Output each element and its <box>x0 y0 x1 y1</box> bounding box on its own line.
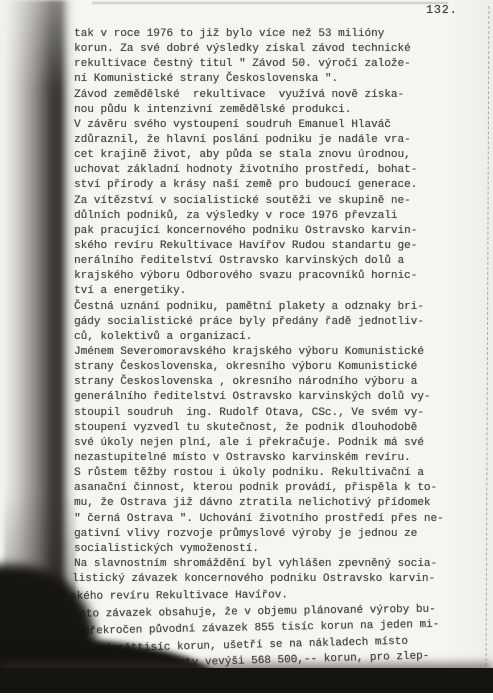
text-line: své úkoly nejen plní, ale i překračuje. … <box>74 436 474 451</box>
page-number: 132. <box>426 4 458 17</box>
text-line: cet krajině život, aby půda se stala zno… <box>74 148 474 163</box>
scan-top-edge-smudge <box>92 2 448 4</box>
text-line: S růstem těžby rostou i úkoly podniku. R… <box>74 466 474 481</box>
text-line: strany Československa , okresního národn… <box>74 375 474 390</box>
text-line: gády socialistické práce byly předány řa… <box>74 315 474 330</box>
text-line: tví a energetiky. <box>74 284 474 299</box>
text-line: Za vítězství v socialistické soutěži ve … <box>74 194 474 209</box>
text-line: nerálního ředitelství Ostravsko karvinsk… <box>74 254 474 269</box>
scan-bottom-margin <box>0 693 493 700</box>
text-line: korun. Za své dobré výsledky získal závo… <box>74 42 474 57</box>
text-line: ského revíru Rekultivace Havířov Rudou s… <box>74 239 474 254</box>
text-line: Jménem Severomoravského krajského výboru… <box>74 345 474 360</box>
text-line: pak pracující koncernového podniku Ostra… <box>74 224 474 239</box>
text-line: listický závazek koncernového podniku Os… <box>72 572 474 587</box>
scanned-document-page: 132. tak v roce 1976 to již bylo více ne… <box>0 0 493 700</box>
text-line: zdůraznil, že hlavní poslání podniku je … <box>74 133 474 148</box>
text-line: tak v roce 1976 to již bylo více než 53 … <box>74 27 474 42</box>
text-line: ství přírody a krásy naší země pro budou… <box>74 178 474 193</box>
text-line: gativní vlivy rozvoje průmyslové výroby … <box>74 527 474 542</box>
text-line: ní Komunistické strany Československa ". <box>74 72 474 87</box>
text-line: strany Československa, okresního výboru … <box>74 360 474 375</box>
text-line: rekultivace čestný titul " Závod 50. výr… <box>74 57 474 72</box>
text-line: V závěru svého vystoupení soudruh Emanue… <box>74 118 474 133</box>
text-line: Závod zemědělské rekultivace využívá nov… <box>74 88 474 103</box>
text-line: socialistických vymožeností. <box>74 542 474 557</box>
text-line: mu, že Ostrava již dávno ztratila nelich… <box>74 496 474 511</box>
text-line: Čestná uznání podniku, pamětní plakety a… <box>74 300 474 315</box>
text-line: asanační činnost, kterou podnik provádí,… <box>74 481 474 496</box>
text-line: krajského výboru Odborového svazu pracov… <box>74 269 474 284</box>
text-line: generálního ředitelství Ostravsko karvin… <box>74 390 474 405</box>
text-line: Na slavnostním shromáždění byl vyhlášen … <box>74 557 474 572</box>
scan-bottom-bar <box>0 668 493 693</box>
text-line: " černá Ostrava ". Uchování životního pr… <box>74 512 474 527</box>
page-fold-line <box>486 6 490 666</box>
text-line: uchovat základní hodnoty životního prost… <box>74 163 474 178</box>
text-line: důlních podniků, za výsledky v roce 1976… <box>74 209 474 224</box>
text-line: nezastupitelné místo v Ostravsko karvins… <box>74 451 474 466</box>
text-line: nou půdu k intenzivní zemědělské produkc… <box>74 103 474 118</box>
typewritten-text-block: tak v roce 1976 to již bylo více než 53 … <box>74 27 474 663</box>
text-line: stoupil soudruh ing. Rudolf Otava, CSc.,… <box>74 406 474 421</box>
text-line: stoupení vyzvedl tu skutečnost, že podni… <box>74 421 474 436</box>
text-line: ců, kolektivů a organizací. <box>74 330 474 345</box>
